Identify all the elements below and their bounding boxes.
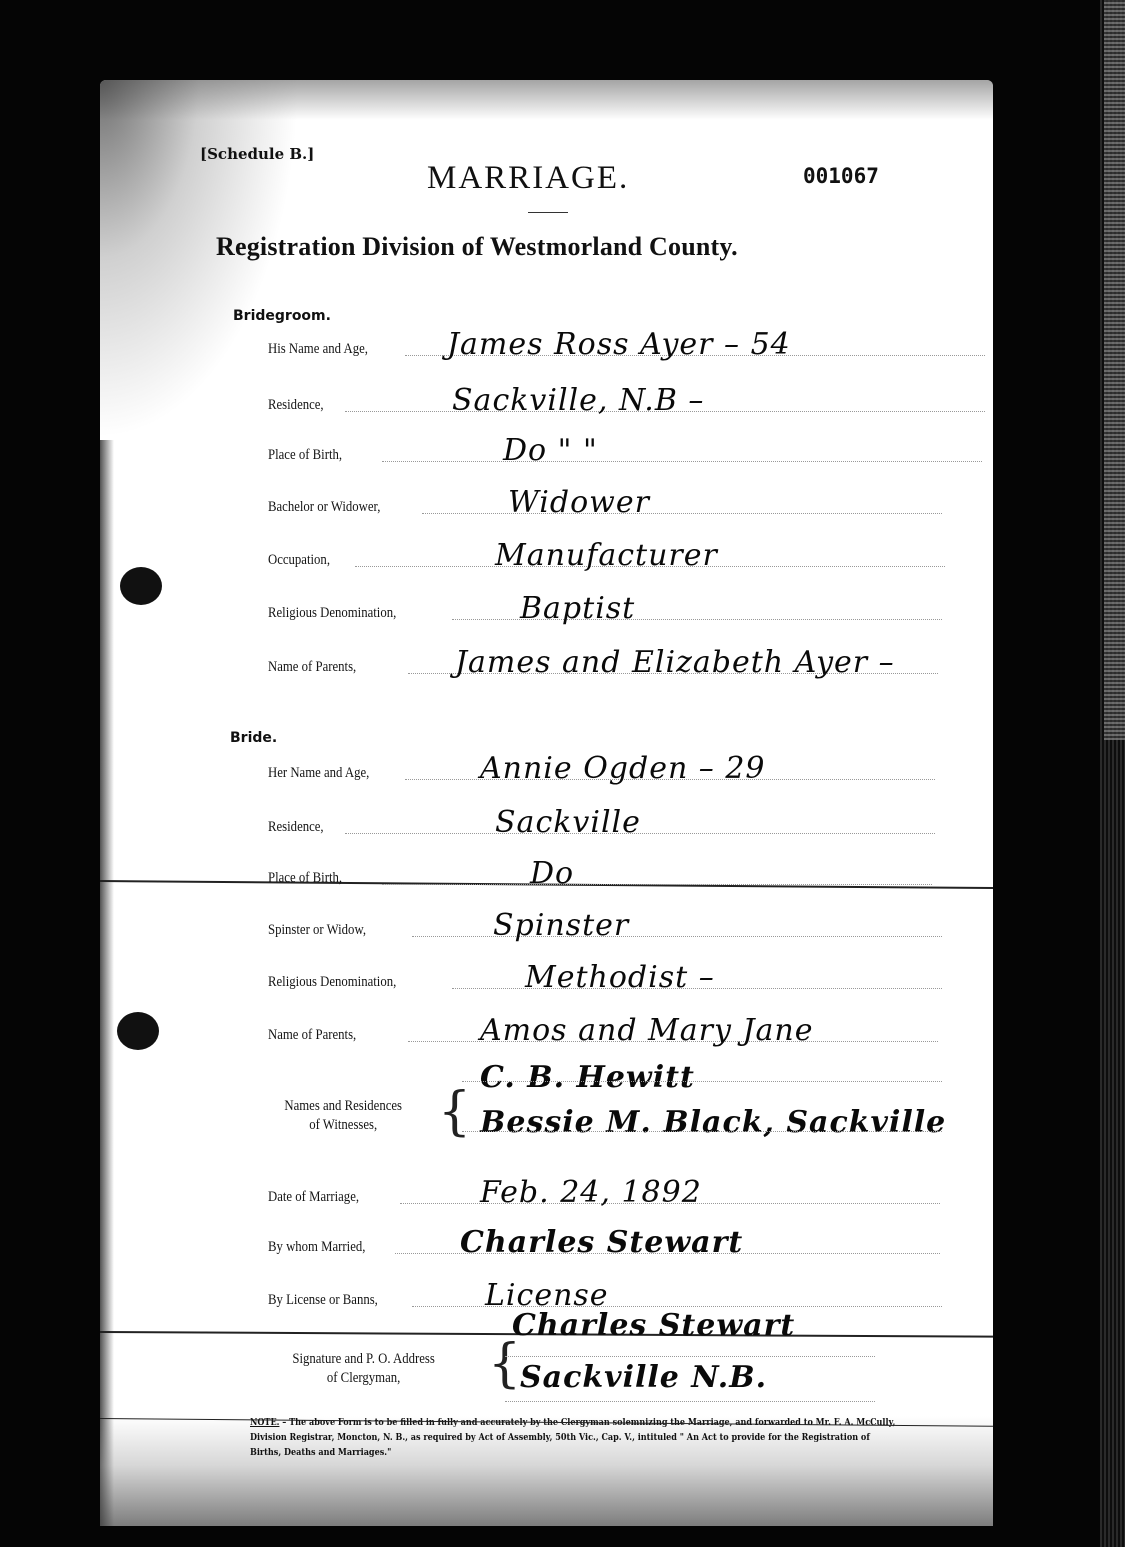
bride-status-value: Spinster [493, 908, 629, 943]
clergyman-label: Signature and P. O. Address of Clergyman… [258, 1350, 469, 1388]
witnesses-label-line2: of Witnesses, [264, 1116, 422, 1135]
dotted-line [422, 512, 942, 514]
dotted-line [505, 1400, 875, 1402]
dotted-line [382, 883, 932, 885]
dotted-line [412, 935, 942, 937]
groom-status-label: Bachelor or Widower, [268, 499, 380, 516]
groom-status-row: Bachelor or Widower, Widower [100, 482, 993, 522]
witnesses-label: Names and Residences of Witnesses, [264, 1097, 422, 1135]
bride-residence-label: Residence, [268, 819, 324, 836]
groom-residence-label: Residence, [268, 397, 324, 414]
registration-division: Registration Division of Westmorland Cou… [216, 232, 738, 262]
groom-birthplace-row: Place of Birth, Do " " [100, 430, 993, 470]
groom-occupation-row: Occupation, Manufacturer [100, 535, 993, 575]
dotted-line [462, 1080, 942, 1082]
witnesses-label-line1: Names and Residences [264, 1097, 422, 1116]
groom-occupation-label: Occupation, [268, 552, 330, 569]
bride-residence-value: Sackville [495, 805, 641, 840]
clergyman-label-line1: Signature and P. O. Address [258, 1350, 469, 1369]
clergyman-label-line2: of Clergyman, [258, 1369, 469, 1388]
groom-religion-row: Religious Denomination, Baptist [100, 588, 993, 628]
bride-status-row: Spinster or Widow, Spinster [100, 905, 993, 945]
groom-parents-row: Name of Parents, James and Elizabeth Aye… [100, 642, 993, 682]
bride-status-label: Spinster or Widow, [268, 922, 366, 939]
bride-parents-row: Name of Parents, Amos and Mary Jane [100, 1010, 993, 1050]
form-title: MARRIAGE. [427, 160, 629, 197]
groom-name-row: His Name and Age, James Ross Ayer – 54 [100, 324, 993, 364]
bride-birthplace-row: Place of Birth, Do [100, 853, 993, 893]
bride-birthplace-label: Place of Birth, [268, 870, 342, 887]
clergyman-signature: Charles Stewart [512, 1308, 795, 1343]
bride-residence-row: Residence, Sackville [100, 802, 993, 842]
bride-religion-row: Religious Denomination, Methodist – [100, 957, 993, 997]
groom-residence-value: Sackville, N.B – [452, 383, 704, 418]
bride-parents-label: Name of Parents, [268, 1027, 356, 1044]
bride-name-row: Her Name and Age, Annie Ogden – 29 [100, 748, 993, 788]
title-rule [528, 212, 568, 213]
bride-religion-value: Methodist – [525, 960, 715, 995]
groom-status-value: Widower [508, 485, 650, 520]
witness-1: C. B. Hewitt [480, 1060, 695, 1095]
clergyman-brace: { [488, 1338, 521, 1390]
officiant-row: By whom Married, Charles Stewart [100, 1222, 993, 1262]
groom-name-value: James Ross Ayer – 54 [447, 327, 791, 362]
bride-heading: Bride. [230, 730, 277, 746]
groom-residence-row: Residence, Sackville, N.B – [100, 380, 993, 420]
bridegroom-heading: Bridegroom. [233, 308, 331, 324]
scan-edge-right-highlight [1104, 0, 1125, 740]
bride-parents-value: Amos and Mary Jane [480, 1013, 813, 1048]
groom-religion-value: Baptist [520, 591, 635, 626]
dotted-line [382, 460, 982, 462]
officiant-value: Charles Stewart [460, 1225, 743, 1260]
groom-birthplace-label: Place of Birth, [268, 447, 342, 464]
marriage-date-label: Date of Marriage, [268, 1189, 359, 1206]
marriage-date-row: Date of Marriage, Feb. 24, 1892 [100, 1172, 993, 1212]
marriage-registration-form: [Schedule B.] MARRIAGE. 001067 Registrat… [100, 80, 993, 1526]
schedule-label: [Schedule B.] [200, 145, 314, 163]
groom-parents-value: James and Elizabeth Ayer – [455, 645, 895, 680]
clergyman-address: Sackville N.B. [520, 1360, 767, 1395]
witness-2: Bessie M. Black, Sackville [480, 1105, 946, 1140]
bride-name-label: Her Name and Age, [268, 765, 369, 782]
groom-religion-label: Religious Denomination, [268, 605, 396, 622]
bride-name-value: Annie Ogden – 29 [480, 751, 766, 786]
groom-name-label: His Name and Age, [268, 341, 368, 358]
groom-parents-label: Name of Parents, [268, 659, 356, 676]
groom-occupation-value: Manufacturer [495, 538, 718, 573]
dotted-line [462, 1130, 942, 1132]
bride-religion-label: Religious Denomination, [268, 974, 396, 991]
paper-shadow-top [100, 80, 993, 120]
groom-birthplace-value: Do " " [503, 433, 598, 468]
serial-number: 001067 [803, 164, 879, 188]
license-label: By License or Banns, [268, 1292, 378, 1309]
bride-birthplace-value: Do [530, 856, 574, 891]
dotted-line [505, 1355, 875, 1357]
officiant-label: By whom Married, [268, 1239, 365, 1256]
marriage-date-value: Feb. 24, 1892 [480, 1175, 702, 1210]
